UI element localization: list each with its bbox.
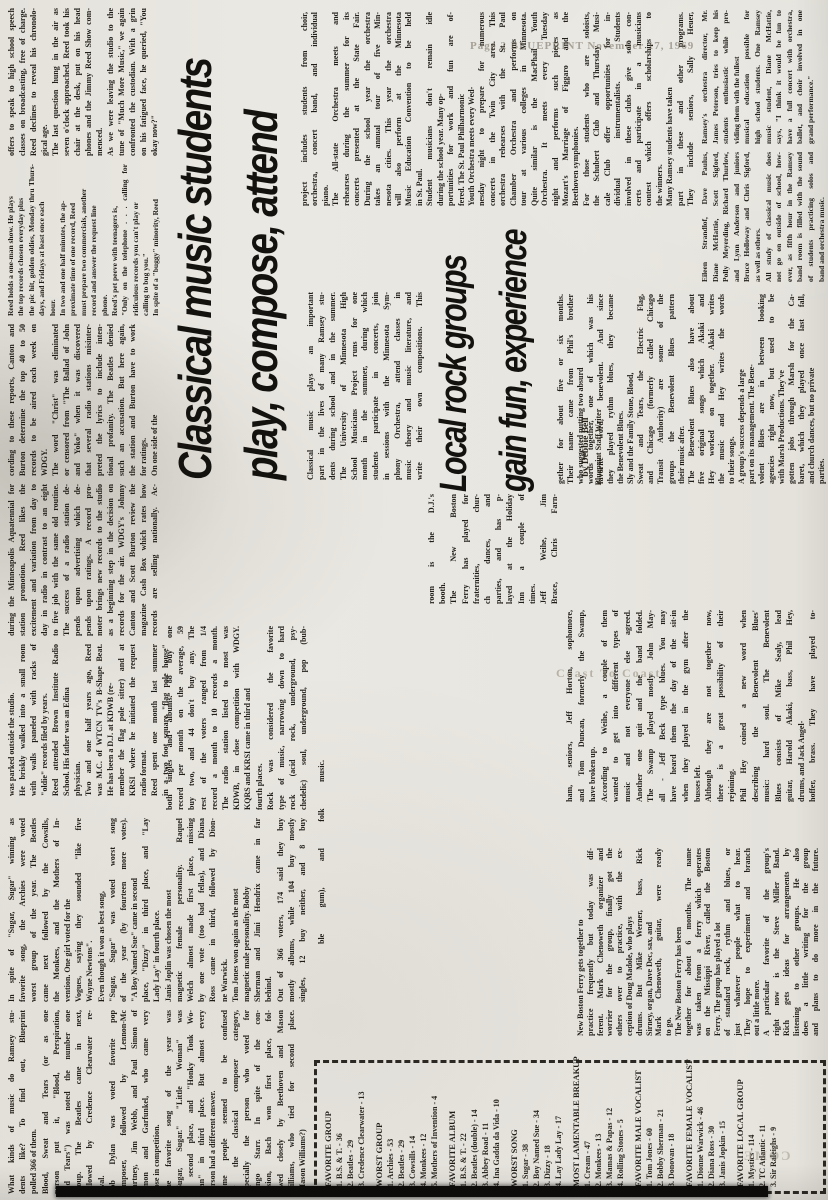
article-text-line: music theory and music literature, and [404, 292, 415, 480]
article-text-line: phone. [100, 164, 110, 316]
article-text-line: Sherman and Jimi Hendrix came in far [252, 818, 263, 1002]
article-text-line: Another one quit and the band folded. [634, 610, 646, 802]
article-text-line: record a month to 10 records a month. [209, 626, 220, 810]
article-text-line: takes an annual tour of five Min- [373, 12, 383, 206]
survey-result-list: WORST SONG1. Sugar - 382. Boy Named Sue … [509, 1067, 564, 1187]
article-text-line: listening to other groups. He also [792, 848, 802, 1036]
article-text-line: guitar, Harold Akaki, bass, Phil Hey, [784, 610, 796, 802]
article-text-line: baret, which they played once last fall, [797, 294, 807, 484]
article-text-line: parties, and has p- [493, 494, 504, 604]
article-text-line: together for about 6 months. The name [684, 848, 694, 1036]
article-text-line: days, and Fridays at least once each [37, 164, 47, 316]
survey-result-list-title: WORST SONG [509, 1067, 520, 1187]
article-text-line: Brace, Chris Farn- [549, 494, 560, 604]
article-text-line: and Chicago (formerly called Chicago [646, 294, 656, 484]
article-text-line: and Yoko" when it was discovered [72, 324, 83, 476]
article-text-line: calling to bug you." [141, 164, 151, 316]
article-text-line: rejoining. [726, 610, 738, 802]
article-text-line: The University of Minnesota High [339, 292, 350, 480]
article-text-line: records to be aired each week on [28, 324, 39, 476]
article-text-line: Diane McHattie, Scott Sigford, [711, 152, 722, 282]
rock-headline: Local rock groupsgain fun, experience [424, 230, 544, 492]
article-text-line: Even though it won as best song, [96, 818, 107, 1002]
article-text-line: to their songs. [727, 294, 737, 484]
article-text-line: James Peterson, tries to keep his [711, 10, 722, 144]
dj-article-col-4: Reed holds a one-man show. He playsthe t… [6, 164, 162, 316]
article-text-line: station promotion. Reed likes the [17, 484, 28, 636]
article-text-line: ferent. Mark Chenoweth organizer and [596, 848, 606, 1036]
article-text-line: type of music, narrowing down to hard [276, 626, 287, 810]
article-text-line: musical education possible for [742, 10, 753, 144]
rock-byline-line: Blueprint Staff Writer [593, 342, 604, 552]
article-text-line: Bruce Holloway and Chris Sigford, [742, 152, 753, 282]
article-text-line: Sweat and Tears, the Electric Flag, [636, 294, 646, 484]
article-text-line: and Lynn Anderson and juniors [732, 152, 743, 282]
article-text-line: place, "Dizzy" in third place, and "Lay [140, 818, 151, 1002]
survey-result-list-item: 3. Sir Raleighs - 9 [768, 1067, 779, 1187]
article-text-line: band and orchestra music. [817, 152, 828, 282]
article-text-line: radio format. [138, 644, 149, 796]
article-text-line: physician. [72, 644, 83, 796]
article-text-line: have heard them the day of the sit-in [668, 610, 680, 802]
survey-results-box: FAVORITE GROUP1. B.S. & T. - 362. Beatle… [314, 1060, 826, 1194]
article-text-line: Blood, Sweat and Tears (or as one [40, 1010, 51, 1194]
article-text-line: rock (acid rock, underground, psy- [287, 626, 298, 810]
article-text-line: person had a different answer. [207, 1010, 218, 1194]
article-text-line: Wayne Newtons". [84, 818, 95, 1002]
article-text-line: He has been a D.J. at KDWB (re- [105, 644, 116, 796]
article-text-line: tune of "Much More Music," we again [116, 8, 127, 156]
article-text-line: Janis Joplin was chosen the most [163, 818, 174, 1002]
article-text-line: "Only on the telephone . . . calling for [120, 164, 130, 316]
article-text-line: Ringo Starr. In spite of the con- [252, 1010, 263, 1194]
article-text-line: worst group of the year. The Beatles [28, 818, 39, 1002]
article-text-line: does a little writing for the group [801, 848, 811, 1036]
article-text-line: fered. The St. Paul Philharmonic [457, 12, 467, 206]
survey-result-list: FAVORITE GROUP1. B.S. & T. - 362. Beatle… [323, 1067, 367, 1187]
article-text-line: Welch almost made first place, missing [185, 818, 196, 1002]
article-text-line: there is a great possibility of their [715, 610, 727, 802]
survey-result-list-title: MOST LAMENTABLE BREAKUP [571, 1067, 582, 1187]
article-text-line: Inn a couple of [516, 494, 527, 604]
article-text-line: Sly and the Family Stone, Blood, [626, 294, 636, 484]
article-text-line: ne Warwick. [219, 818, 230, 1002]
article-text-line: Reed attended Brown Institute Radio [50, 644, 61, 796]
survey-result-list-item: 4. Monkees - 12 [418, 1067, 429, 1187]
article-text-line: favorite song, the Archies were voted [17, 818, 28, 1002]
article-text-line: orchestra, concert band, and individual [310, 12, 320, 206]
article-text-line: by one vote (too bad fellas), and Diana [196, 818, 207, 1002]
article-text-line: and Tears") was noted the number one [62, 1010, 73, 1194]
article-text-line: mostly albums, while 104 buy mostly [286, 818, 297, 1002]
article-text-line: to go. [664, 848, 674, 1036]
rock-byline-line: by Debbie Bell [580, 342, 593, 552]
rock-article-col-1: New Boston Ferry gets together topractic… [576, 848, 821, 1036]
article-text-line: grand performance." [806, 10, 817, 144]
article-text-line: close in competition. [151, 1010, 162, 1194]
article-text-line: Reed spent one month last summer [149, 644, 160, 796]
article-text-line: and plans to do more in the future. [811, 848, 821, 1036]
article-text-line: Polly Meyerding, Richard Thurlow, [721, 152, 732, 282]
article-text-line: Reed holds a one-man show. He plays [6, 164, 16, 316]
article-text-line: was M.C. of WTCN TV's B-Shape Beat. [94, 644, 105, 796]
article-text-line: students enthusiastic while pro- [721, 10, 732, 144]
article-text-line: with walls paneled with racks of [28, 644, 39, 796]
survey-result-list-item: 4. Ina Gadda da Vida - 10 [491, 1067, 502, 1187]
article-text-line: parties. [817, 294, 827, 484]
article-text-line: KDWB, in close competition with WDGY. [231, 626, 242, 810]
article-text-line: especially the person who voted for [241, 1010, 252, 1194]
article-text-line: fourth places. [254, 626, 265, 810]
article-text-line: Rock was considered the favorite [265, 626, 276, 810]
article-text-line: music and not everyone else agreed. [622, 610, 634, 802]
article-text-line: Mark Chenoweth, guitar, were ready [654, 848, 664, 1036]
article-text-line: man" in third place. But almost every [196, 1010, 207, 1194]
article-text-line: out a little more. [752, 848, 762, 1036]
survey-result-list-title: WORST GROUP [374, 1067, 385, 1187]
survey-result-list-item: 2. Beatles (double) - 14 [469, 1067, 480, 1187]
article-text-line: magazine Cash Box which rates how [138, 484, 149, 636]
article-text-line: ble gum), and folk music. [316, 760, 327, 944]
article-text-line: magnetic male personality. Bobby [241, 818, 252, 1002]
survey-result-list-item: 2. TC Atlantic - 11 [757, 1067, 768, 1187]
article-text-line: record and answer the request line [89, 164, 99, 316]
article-text-line: classes on broadcasting, free of charge. [17, 8, 28, 156]
article-text-line: part in the lives of many Ramsey stu- [317, 292, 328, 480]
article-text-line: According to Weihe, a couple of them [599, 610, 611, 802]
article-text-line: record per month on the average, 59 [175, 626, 186, 810]
classical-headline: Classical music studentsplay, compose, a… [162, 10, 294, 480]
article-text-line: menced. [94, 8, 105, 156]
article-text-line: Lady Lay" in fourth place. [151, 818, 162, 1002]
survey-result-list-item: 3. Dizzy - 18 [542, 1067, 553, 1187]
article-text-line: not go on outside of school, how- [774, 152, 785, 282]
article-text-line: high school students. One Ramsey [753, 10, 764, 144]
article-text-line: behind. [263, 818, 274, 1002]
article-text-line: Burton determine the top 40 to 50 [17, 324, 28, 476]
article-text-line: music: hard soul. The Benevolent [761, 610, 773, 802]
article-text-line: with Marsh Productions. They've [777, 294, 787, 484]
article-text-line: was taken from a ferry which operates [694, 848, 704, 1036]
survey-result-list-item: 4. Rolling Stones - 5 [615, 1067, 626, 1187]
survey-result-list: MOST LAMENTABLE BREAKUP1. Cream - 472. M… [571, 1067, 626, 1187]
article-text-line: hoffer, brass. They have played to- [807, 610, 819, 802]
article-text-line: The New Boston Ferry has been [674, 848, 684, 1036]
rotated-page-content: was parked outside the studio.He briskly… [0, 0, 828, 1200]
article-text-line: will also perform at the Minnesota [394, 12, 404, 206]
article-text-line: He briskly walked into a small room [17, 644, 28, 796]
article-text-line: fraternities, chur- [471, 494, 482, 604]
article-text-line: In spite of a "buggy" minority, Reed [151, 164, 161, 316]
article-text-line: records for the air. WDGY's Johnny [116, 484, 127, 636]
article-text-line: and church dances, but no private [807, 294, 817, 484]
article-text-line: records are selling nationally. Ac- [149, 484, 160, 636]
article-text-line: WDGY. [39, 324, 50, 476]
survey-article-col-4: ble gum), and folk music. [316, 760, 327, 944]
article-text-line: the top records chosen everyday plus [16, 164, 26, 316]
survey-result-list-item: 1. Archies - 53 [385, 1067, 396, 1187]
article-text-line: preted the lyrics to include inten- [94, 324, 105, 476]
article-text-line: Their name came from Phil's brother [566, 294, 576, 484]
survey-result-list-item: 4. Lay Lady Lay - 17 [553, 1067, 564, 1187]
article-text-line: busses left. [692, 610, 704, 802]
article-text-line: The Swamp played mostly John May- [645, 610, 657, 802]
dj-article-col-3: cording to these reports, Canton andBurt… [6, 324, 160, 476]
article-text-line: KQRS and KRSI came in third and [242, 626, 253, 810]
article-text-line: Hey worked on together. Akaki writes [707, 294, 717, 484]
survey-result-list-item: 2. Boy Named Sue - 34 [531, 1067, 542, 1187]
article-text-line: as a beginning step in the decision on [105, 484, 116, 636]
survey-result-list-title: FAVORITE MALE VOCALIST [633, 1067, 644, 1187]
article-text-line: group. The Beatles came in next, [73, 1010, 84, 1194]
article-text-line: Simon and Garfunkel, who came very [140, 1010, 151, 1194]
article-text-line: During the school year the orchestra [363, 12, 373, 206]
classical-headline-line: Classical music students [162, 85, 228, 480]
article-text-line: cording to these reports, Canton and [6, 324, 17, 476]
article-text-line: composer, followed by Lennon-Mc [118, 1010, 129, 1194]
article-text-line: followed by Credence Clearwater re- [84, 1010, 95, 1194]
article-text-line: agencies right now, but used to be [767, 294, 777, 484]
article-text-line: as well as others. [753, 152, 764, 282]
article-text-line: Classical music plays an important [306, 292, 317, 480]
article-text-line: times. [527, 494, 538, 604]
article-text-line: New Boston Ferry gets together to [576, 848, 586, 1036]
article-text-line: ridiculous records you can't play or [131, 164, 141, 316]
survey-result-list-item: 1. Sugar - 38 [520, 1067, 531, 1187]
article-text-line: layed at the Holiday [504, 494, 515, 604]
article-text-line: and Tom Duncan, formerly the Swamp, [576, 610, 588, 802]
article-text-line: that several radio stations misinter- [83, 324, 94, 476]
scanned-newspaper-page: was parked outside the studio.He briskly… [0, 0, 828, 1200]
article-text-line: in sessions with the Minnesota Sym- [382, 292, 393, 480]
article-text-line: they played rythm blues, they became [606, 294, 616, 484]
article-text-line: practice frequently but today was dif- [586, 848, 596, 1036]
article-text-line: wanted to get into different types of [610, 610, 622, 802]
rock-headline-line: Local rock groups [424, 282, 484, 492]
article-text-line: Ferry. The group has played a lot [713, 848, 723, 1036]
article-text-line: during the school year. Many op- [436, 12, 446, 206]
article-text-line: (Mason Williams?) [297, 1010, 308, 1194]
article-text-line: The last question hung in the air as [50, 8, 61, 156]
article-text-line: to five job with the same old routine. [50, 484, 61, 636]
article-text-line: during the Minneapolis Aquatennial for [6, 484, 17, 636]
article-text-line: Cartney, Jim Webb, and Paul Simon of [129, 1010, 140, 1194]
article-text-line: drums. But Mike Werner, bass, Rick [635, 848, 645, 1036]
article-text-line: others over to practice, with the ex- [615, 848, 625, 1036]
rock-article-col-2: ham, seniors, Jeff Horton, sophomore,and… [564, 610, 819, 802]
ghost-page-header: Page 2 BLUEPRINT November 17, 1969 [470, 40, 694, 52]
article-text-line: day in radio in contrast to an eight [39, 484, 50, 636]
article-text-line: gical age. [39, 8, 50, 156]
article-text-line: chedelic) soul, underground, pop (bub- [298, 626, 309, 810]
article-text-line: magnetic female personality. Raquel [174, 818, 185, 1002]
article-text-line: volent Blues are in between booking [757, 294, 767, 484]
article-text-line: member the flag pole sitter) and at [116, 644, 127, 796]
article-text-line: Bob Dylan was voted favorite pop [107, 1010, 118, 1194]
survey-result-list-item: 2. Beatles - 29 [396, 1067, 407, 1187]
article-text-line: pends upon ratings. A record pro- [83, 484, 94, 636]
article-text-line: Music Education Convention to be held [404, 12, 414, 206]
article-text-line: of students practicing solos and [806, 152, 817, 282]
article-text-line: ever, as fifth hour in the Ramsey [785, 152, 796, 282]
article-text-line: offers to speak to high school speech [6, 8, 17, 156]
article-text-line: The All-state Orchestra meets and [331, 12, 341, 206]
article-text-line: ch dances, and [482, 494, 493, 604]
article-text-line: In spite of "Sugar, Sugar" winning as [6, 818, 17, 1002]
survey-result-list-item: 1. Mystics - 114 [746, 1067, 757, 1187]
article-text-line: Ferry has played for [460, 494, 471, 604]
survey-result-list-item: 3. Credence Clearwater - 13 [356, 1067, 367, 1187]
survey-result-list-item: 1. B.S. & T. - 22 [458, 1067, 469, 1187]
article-text-line: of the year (by fourteen more votes). [118, 818, 129, 1002]
article-text-line: drums, and Jack Angel- [796, 610, 808, 802]
article-text-line: confronted the custodian. With a grin [127, 8, 138, 156]
survey-result-list-item: 2. Monkees - 13 [593, 1067, 604, 1187]
scan-artifact-black-bar [56, 1186, 768, 1197]
article-text-line: tional profanity. The Beatles denied [105, 324, 116, 476]
article-text-line: phony Orchestra, attend classes in [393, 292, 404, 480]
survey-result-list: FAVORITE FEMALE VOCALIST1. Dionne Warwic… [684, 1067, 728, 1187]
survey-result-list-item: 2. Beatles - 29 [345, 1067, 356, 1187]
article-text-line: their music after. [677, 294, 687, 484]
article-text-line: both singles and albums. 88 buy one [164, 626, 175, 810]
classical-headline-line: play, compose, attend [228, 85, 294, 480]
article-text-line: "Sugar, Sugar" was voted worst song [107, 818, 118, 1002]
classical-article-col-1: Classical music plays an importantpart i… [306, 292, 426, 480]
article-text-line: says, "I think it would be fun to [774, 10, 785, 144]
article-text-line: piano. [321, 12, 331, 206]
article-text-line: the Monkees, and the Mothers of In- [51, 818, 62, 1002]
survey-result-list-item: 3. Mamas & Papas - 12 [604, 1067, 615, 1187]
article-text-line: on the Missippi River, called the Boston [703, 848, 713, 1036]
survey-result-list-item: 1. Cream - 47 [582, 1067, 593, 1187]
survey-result-list-item: 2. Diana Ross - 30 [706, 1067, 717, 1187]
survey-result-list-title: FAVORITE LOCAL GROUP [735, 1067, 746, 1187]
article-text-line: band room is filled with the sound [795, 152, 806, 282]
article-text-line: fusion, Bach won first place, fol- [263, 1010, 274, 1194]
article-text-line: As we were leaving the studio to the [105, 8, 116, 156]
rock-byline: by Debbie BellBlueprint Staff Writer [580, 342, 604, 552]
survey-result-list-item: 1. B.S. & T. - 36 [334, 1067, 345, 1187]
survey-result-list: FAVORITE MALE VOCALIST1. Tom Jones - 602… [633, 1067, 677, 1187]
article-text-line: seven o'clock approached. Reed took his [61, 8, 72, 156]
article-text-line: describing the Benevolent Blues' [750, 610, 762, 802]
survey-result-list-item: 3. Donovan - 18 [666, 1067, 677, 1187]
article-text-line: Two and one half years ago, Reed [83, 644, 94, 796]
article-text-line: Ramsey's orchestra director, Mr. [700, 10, 711, 144]
survey-result-list-item: 3. Cowsills - 14 [407, 1067, 418, 1187]
article-text-line: The favorite song of the year was [163, 1010, 174, 1194]
article-text-line: The word "Christ" was eliminated [50, 324, 61, 476]
article-text-line: concerts presented at the State Fair. [352, 12, 362, 206]
article-text-line: A group's success depends a large [737, 294, 747, 484]
article-text-line: by the classical composer category, [230, 1010, 241, 1194]
article-text-line: was parked outside the studio. [6, 644, 17, 796]
article-text-line: have broken up. [587, 610, 599, 802]
article-text-line: or censored from "The Ballad of John [61, 324, 72, 476]
article-text-line: Canton and Scott Burton review the [127, 484, 138, 636]
survey-article-col-2: In spite of "Sugar, Sugar" winning asfav… [6, 818, 308, 1002]
article-text-line: School Musicians Project runs for one [350, 292, 361, 480]
article-text-line: part on its management. The Bene- [747, 294, 757, 484]
article-text-line: Vogues, saying they sounded "like five [73, 818, 84, 1002]
article-text-line: They hope to experiment and branch [743, 848, 753, 1036]
article-text-line: The Benevolent Blues also have about [687, 294, 697, 484]
article-text-line: viding them with the fullest [732, 10, 743, 144]
article-text-line: Eileen Strandlof, Dave Paulus, [700, 152, 711, 282]
article-text-line: Out of 366 voters, 174 said they buy [275, 818, 286, 1002]
article-text-line: excitement and variation from day to [28, 484, 39, 636]
article-text-line: came next followed by the Cowsills, [40, 818, 51, 1002]
article-text-line: All study of classical music does [764, 152, 775, 282]
article-text-line: Some people seemed to be confused [219, 1010, 230, 1194]
survey-result-list-item: 5. Mothers of Invention - 4 [429, 1067, 440, 1187]
article-text-line: singles, 12 buy neither, and 8 buy [297, 818, 308, 1002]
article-text-line: groups the Benevolent Blues pattern [667, 294, 677, 484]
article-text-line: of standard rock, rythm and blues, or [723, 848, 733, 1036]
article-text-line: person put it, "Blood, Perspiration, [51, 1010, 62, 1194]
article-text-line: The success of a radio station de- [61, 484, 72, 636]
article-text-line: okay now?" [149, 8, 160, 156]
article-text-line: Tom Jones won again as the most [230, 818, 241, 1002]
survey-result-list-item: 1. Tom Jones - 60 [644, 1067, 655, 1187]
rock-headline-line: gain fun, experience [484, 282, 544, 492]
article-text-line: gether for about five or six months. [556, 294, 566, 484]
article-text-line: gotten jobs through Marsh for the Ca- [787, 294, 797, 484]
article-text-line: polled 366 of them. [28, 1010, 39, 1194]
article-text-line: moter brings new records to the studio [94, 484, 105, 636]
article-text-line: In two and one half minutes, the ap- [58, 164, 68, 316]
article-text-line: "A Boy Named Sue" came in second [129, 818, 140, 1002]
article-text-line: Jeff Weihe, Jim [538, 494, 549, 604]
article-text-line: such an accusation. But here again, [116, 324, 127, 476]
classical-article-col-4: Ramsey's orchestra director, Mr.James Pe… [700, 10, 817, 144]
article-text-line: the station and Burton have to work [127, 324, 138, 476]
article-text-line: proximate time of one record, Reed [68, 164, 78, 316]
article-text-line: have a full concert with orchestra, [785, 10, 796, 144]
article-text-line: Reed's pet peeve with teenagers is, [110, 164, 120, 316]
article-text-line: Williams, who tied for second place. [286, 1010, 297, 1194]
survey-result-list-item: 1. Dionne Warwick - 46 [695, 1067, 706, 1187]
article-text-line: School. His father was an Edina [61, 644, 72, 796]
dj-article-col-5: offers to speak to high school speechcla… [6, 8, 160, 156]
survey-result-list-item: 2. Bobby Sherman - 21 [655, 1067, 666, 1187]
article-text-line: Ross came in third, followed by Dion- [207, 818, 218, 1002]
article-text-line: Sirney, organ, Dave Dec, sax, and [645, 848, 655, 1036]
article-text-line: KRSI where he initiated the request [127, 644, 138, 796]
article-text-line: vention. One girl voted for the [62, 818, 73, 1002]
article-text-line: all - Jeff Beck type blues. You may [657, 610, 669, 802]
article-text-line: the music and Hey writes the words [717, 294, 727, 484]
article-text-line: dents during school and in the summer. [328, 292, 339, 480]
article-text-line: project includes students from choir, [300, 12, 310, 206]
survey-article-col-3: both singles and albums. 88 buy onerecor… [164, 626, 309, 810]
article-text-line: The New Boston [448, 494, 459, 604]
article-text-line: right now is the Steve Miller Band. [772, 848, 782, 1036]
article-text-line: in second place, and "Honky Tonk Wo- [185, 1010, 196, 1194]
article-text-line: buy two, and 44 don't buy any. The [186, 626, 197, 810]
article-text-line: on his fatigued face, he queried, "You [138, 8, 149, 156]
article-text-line: Rich gets ideas for arrangements by [782, 848, 792, 1036]
article-text-line: What kinds of music do Ramsey stu- [6, 1010, 17, 1194]
article-text-line: hour. [48, 164, 58, 316]
article-text-line: Phil Hey coined a new word when [738, 610, 750, 802]
survey-result-list: WORST GROUP1. Archies - 532. Beatles - 2… [374, 1067, 440, 1187]
article-text-line: the Benevolent Blues. [616, 294, 626, 484]
article-text-line: rehearses during the summer for its [342, 12, 352, 206]
article-text-line: when they played in the gym after the [680, 610, 692, 802]
article-text-line: On one side of the [149, 324, 160, 476]
